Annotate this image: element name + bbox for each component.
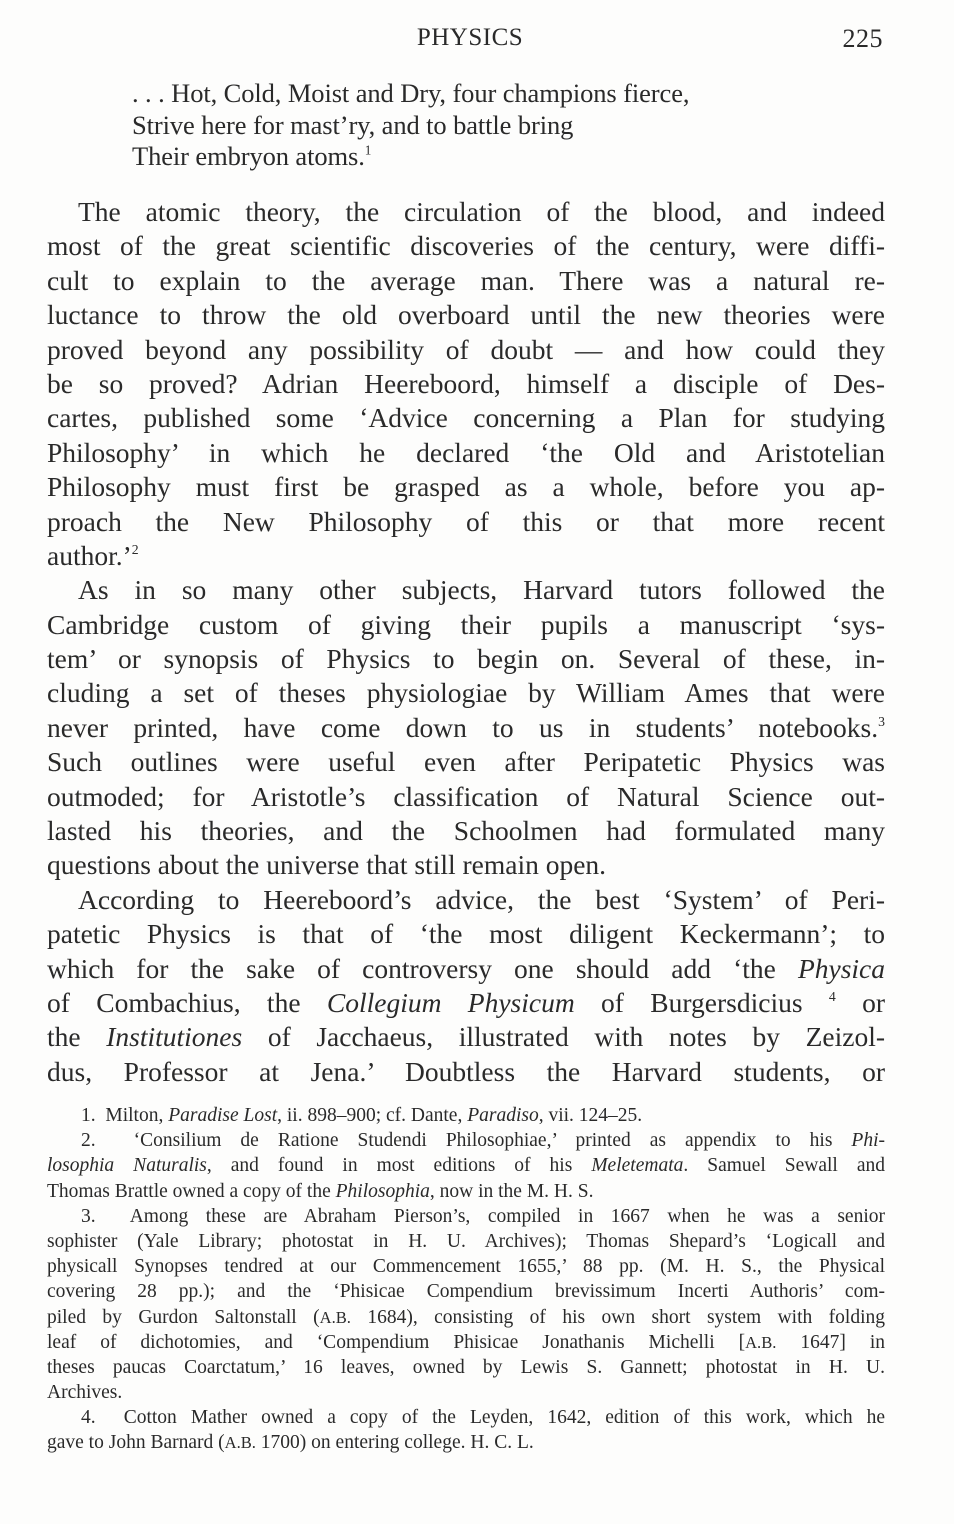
running-head: PHYSICS 225 — [47, 24, 893, 60]
italic-title: Physica — [798, 953, 885, 984]
footnote-line: covering 28 pp.); and the ‘Phisicae Comp… — [47, 1279, 885, 1304]
text-line: never printed, have come down to us in s… — [47, 711, 885, 745]
text-line: be so proved? Adrian Heereboord, himself… — [47, 367, 885, 401]
page-number: 225 — [843, 24, 884, 54]
text-line: most of the great scientific discoveries… — [47, 229, 885, 263]
text-line: luctance to throw the old overboard unti… — [47, 298, 885, 332]
paragraph: According to Heereboord’s advice, the be… — [47, 883, 885, 1089]
footnote-1: 1. Milton, Paradise Lost, ii. 898–900; c… — [47, 1103, 885, 1128]
footnote-number: 2. — [81, 1130, 96, 1151]
text-line: Such outlines were useful even after Per… — [47, 745, 885, 779]
text-line: the Institutiones of Jacchaeus, illustra… — [47, 1020, 885, 1054]
paragraph: As in so many other subjects, Harvard tu… — [47, 573, 885, 883]
verse-quotation: . . . Hot, Cold, Moist and Dry, four cha… — [132, 78, 689, 173]
footnote-line: 3. Among these are Abraham Pierson’s, co… — [47, 1204, 885, 1229]
footnote-number: 1. — [81, 1105, 96, 1126]
body-text: The atomic theory, the circulation of th… — [47, 195, 885, 1089]
footnote-ref[interactable]: 2 — [132, 542, 139, 557]
text-line: Cambridge custom of giving their pupils … — [47, 608, 885, 642]
text-line: dus, Professor at Jena.’ Doubtless the H… — [47, 1055, 885, 1089]
page-title: PHYSICS — [47, 24, 893, 52]
text-line: proach the New Philosophy of this or tha… — [47, 505, 885, 539]
footnote-ref[interactable]: 3 — [878, 714, 885, 729]
text-line: outmoded; for Aristotle’s classification… — [47, 780, 885, 814]
footnote-line: Thomas Brattle owned a copy of the Philo… — [47, 1179, 885, 1204]
footnote-line: leaf of dichotomies, and ‘Compendium Phi… — [47, 1330, 885, 1355]
footnote-line: Archives. — [47, 1380, 885, 1405]
footnote-line: physicall Synopses tendred at our Commen… — [47, 1254, 885, 1279]
text-line: questions about the universe that still … — [47, 848, 885, 882]
footnote-line: losophia Naturalis, and found in most ed… — [47, 1153, 885, 1178]
footnote-3: 3. Among these are Abraham Pierson’s, co… — [47, 1204, 885, 1406]
footnote-line: 2. ‘Consilium de Ratione Studendi Philos… — [47, 1128, 885, 1153]
text-line: tem’ or synopsis of Physics to begin on.… — [47, 642, 885, 676]
text-line: cluding a set of theses physiologiae by … — [47, 676, 885, 710]
text-line: proved beyond any possibility of doubt —… — [47, 333, 885, 367]
verse-line: . . . Hot, Cold, Moist and Dry, four cha… — [132, 78, 689, 110]
text-line: Philosophy’ in which he declared ‘the Ol… — [47, 436, 885, 470]
footnote-2: 2. ‘Consilium de Ratione Studendi Philos… — [47, 1128, 885, 1204]
footnote-number: 4. — [81, 1407, 96, 1428]
footnotes: 1. Milton, Paradise Lost, ii. 898–900; c… — [47, 1103, 885, 1456]
text-line: As in so many other subjects, Harvard tu… — [47, 573, 885, 607]
footnote-ref[interactable]: 4 — [829, 989, 836, 1004]
footnote-line: piled by Gurdon Saltonstall (A.B. 1684),… — [47, 1305, 885, 1330]
footnote-4: 4. Cotton Mather owned a copy of the Ley… — [47, 1405, 885, 1455]
verse-line: Strive here for mast’ry, and to battle b… — [132, 110, 689, 142]
text-line: of Combachius, the Collegium Physicum of… — [47, 986, 885, 1020]
footnote-line: theses paucas Coarctatum,’ 16 leaves, ow… — [47, 1355, 885, 1380]
verse-line: Their embryon atoms.1 — [132, 141, 689, 173]
italic-title: Collegium Physicum — [327, 987, 575, 1018]
italic-title: Institutiones — [106, 1021, 242, 1052]
footnote-line: gave to John Barnard (A.B. 1700) on ente… — [47, 1430, 885, 1455]
footnote-number: 3. — [81, 1206, 96, 1227]
text-line: cartes, published some ‘Advice concernin… — [47, 401, 885, 435]
text-line: The atomic theory, the circulation of th… — [47, 195, 885, 229]
text-line: According to Heereboord’s advice, the be… — [47, 883, 885, 917]
footnote-ref[interactable]: 1 — [365, 142, 372, 157]
text-line: patetic Physics is that of ‘the most dil… — [47, 917, 885, 951]
text-line: author.’2 — [47, 539, 885, 573]
text-line: which for the sake of controversy one sh… — [47, 952, 885, 986]
book-page: PHYSICS 225 . . . Hot, Cold, Moist and D… — [0, 0, 954, 1524]
footnote-line: sophister (Yale Library; photostat in H.… — [47, 1229, 885, 1254]
text-line: Philosophy must first be grasped as a wh… — [47, 470, 885, 504]
footnote-line: 1. Milton, Paradise Lost, ii. 898–900; c… — [47, 1103, 885, 1128]
text-line: lasted his theories, and the Schoolmen h… — [47, 814, 885, 848]
text-line: cult to explain to the average man. Ther… — [47, 264, 885, 298]
footnote-line: 4. Cotton Mather owned a copy of the Ley… — [47, 1405, 885, 1430]
paragraph: The atomic theory, the circulation of th… — [47, 195, 885, 573]
